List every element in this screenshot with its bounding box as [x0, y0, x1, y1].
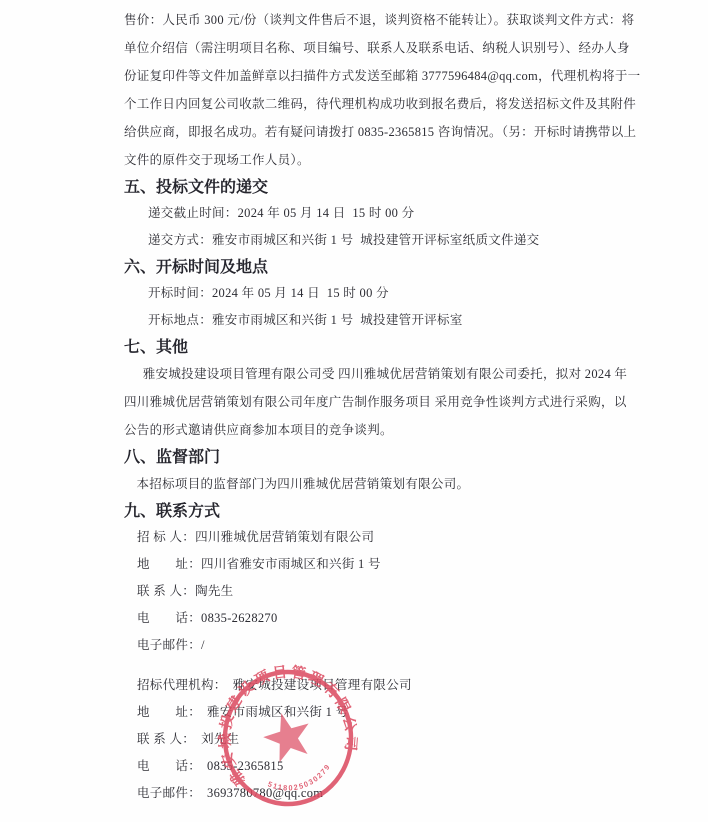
agency-label: 地 址：	[137, 705, 201, 719]
section-heading-submission: 五、投标文件的递交	[124, 176, 624, 200]
submission-method-line: 递交方式：雅安市雨城区和兴街 1 号 城投建管开评标室纸质文件递交	[148, 227, 624, 254]
agency-contact-block: 招标代理机构：雅安城投建设项目管理有限公司 地 址：雅安市雨城区和兴街 1 号 …	[124, 672, 624, 807]
tenderer-label: 地 址：	[137, 557, 201, 571]
other-paragraph-line-3: 公告的形式邀请供应商参加本项目的竞争谈判。	[124, 416, 624, 444]
notice-intro-line-1: 售价：人民币 300 元/份（谈判文件售后不退，谈判资格不能转让）。获取谈判文件…	[124, 6, 624, 34]
notice-intro-line-4: 个工作日内回复公司收款二维码，待代理机构成功收到报名费后，将发送招标文件及其附件	[124, 90, 624, 118]
notice-intro-line-3: 份证复印件等文件加盖鲜章以扫描件方式发送至邮箱 3777596484@qq.co…	[124, 62, 624, 90]
agency-value: 0835-2365815	[201, 759, 284, 773]
section-heading-other: 七、其他	[124, 336, 624, 360]
tenderer-contact-block: 招 标 人：四川雅城优居营销策划有限公司 地 址：四川省雅安市雨城区和兴街 1 …	[124, 524, 624, 659]
section-heading-supervision: 八、监督部门	[124, 446, 624, 470]
tenderer-value: 陶先生	[195, 584, 233, 598]
tenderer-row-phone: 电 话：0835-2628270	[137, 605, 624, 632]
agency-label: 招标代理机构：	[137, 678, 227, 692]
agency-value: 雅安城投建设项目管理有限公司	[227, 678, 412, 692]
other-paragraph-line-1: 雅安城投建设项目管理有限公司受 四川雅城优居营销策划有限公司委托，拟对 2024…	[124, 360, 624, 388]
tenderer-value: 0835-2628270	[201, 611, 278, 625]
tenderer-row-contact-person: 联 系 人：陶先生	[137, 578, 624, 605]
tenderer-value: /	[201, 638, 205, 652]
tenderer-row-address: 地 址：四川省雅安市雨城区和兴街 1 号	[137, 551, 624, 578]
supervision-paragraph: 本招标项目的监督部门为四川雅城优居营销策划有限公司。	[124, 470, 624, 498]
notice-intro-line-2: 单位介绍信（需注明项目名称、项目编号、联系人及联系电话、纳税人识别号）、经办人身	[124, 34, 624, 62]
submission-deadline-line: 递交截止时间：2024 年 05 月 14 日 15 时 00 分	[148, 200, 624, 227]
agency-label: 联 系 人：	[137, 732, 195, 746]
notice-intro-line-6: 文件的原件交于现场工作人员）。	[124, 146, 624, 174]
tenderer-value: 四川省雅安市雨城区和兴街 1 号	[201, 557, 381, 571]
agency-value: 3693780780@qq.com	[201, 786, 323, 800]
tenderer-label: 电子邮件：	[137, 638, 201, 652]
section-heading-contact: 九、联系方式	[124, 500, 624, 524]
agency-label: 电子邮件：	[137, 786, 201, 800]
notice-intro-line-5: 给供应商，即报名成功。若有疑问请拨打 0835-2365815 咨询情况。（另：…	[124, 118, 624, 146]
agency-row-name: 招标代理机构：雅安城投建设项目管理有限公司	[137, 672, 624, 699]
agency-row-address: 地 址：雅安市雨城区和兴街 1 号	[137, 699, 624, 726]
agency-value: 雅安市雨城区和兴街 1 号	[201, 705, 348, 719]
tenderer-row-name: 招 标 人：四川雅城优居营销策划有限公司	[137, 524, 624, 551]
tenderer-value: 四川雅城优居营销策划有限公司	[195, 530, 374, 544]
tenderer-label: 招 标 人：	[137, 530, 195, 544]
agency-row-phone: 电 话：0835-2365815	[137, 753, 624, 780]
agency-row-email: 电子邮件：3693780780@qq.com	[137, 780, 624, 807]
section-heading-opening: 六、开标时间及地点	[124, 256, 624, 280]
document-page: 售价：人民币 300 元/份（谈判文件售后不退，谈判资格不能转让）。获取谈判文件…	[0, 0, 708, 822]
agency-value: 刘先生	[195, 732, 239, 746]
tenderer-label: 联 系 人：	[137, 584, 195, 598]
tenderer-row-email: 电子邮件：/	[137, 632, 624, 659]
agency-label: 电 话：	[137, 759, 201, 773]
agency-row-contact-person: 联 系 人：刘先生	[137, 726, 624, 753]
tenderer-label: 电 话：	[137, 611, 201, 625]
document-content: 售价：人民币 300 元/份（谈判文件售后不退，谈判资格不能转让）。获取谈判文件…	[124, 6, 624, 807]
opening-time-line: 开标时间：2024 年 05 月 14 日 15 时 00 分	[148, 280, 624, 307]
other-paragraph-line-2: 四川雅城优居营销策划有限公司年度广告制作服务项目 采用竞争性谈判方式进行采购，以	[124, 388, 624, 416]
opening-location-line: 开标地点：雅安市雨城区和兴街 1 号 城投建管开评标室	[148, 307, 624, 334]
